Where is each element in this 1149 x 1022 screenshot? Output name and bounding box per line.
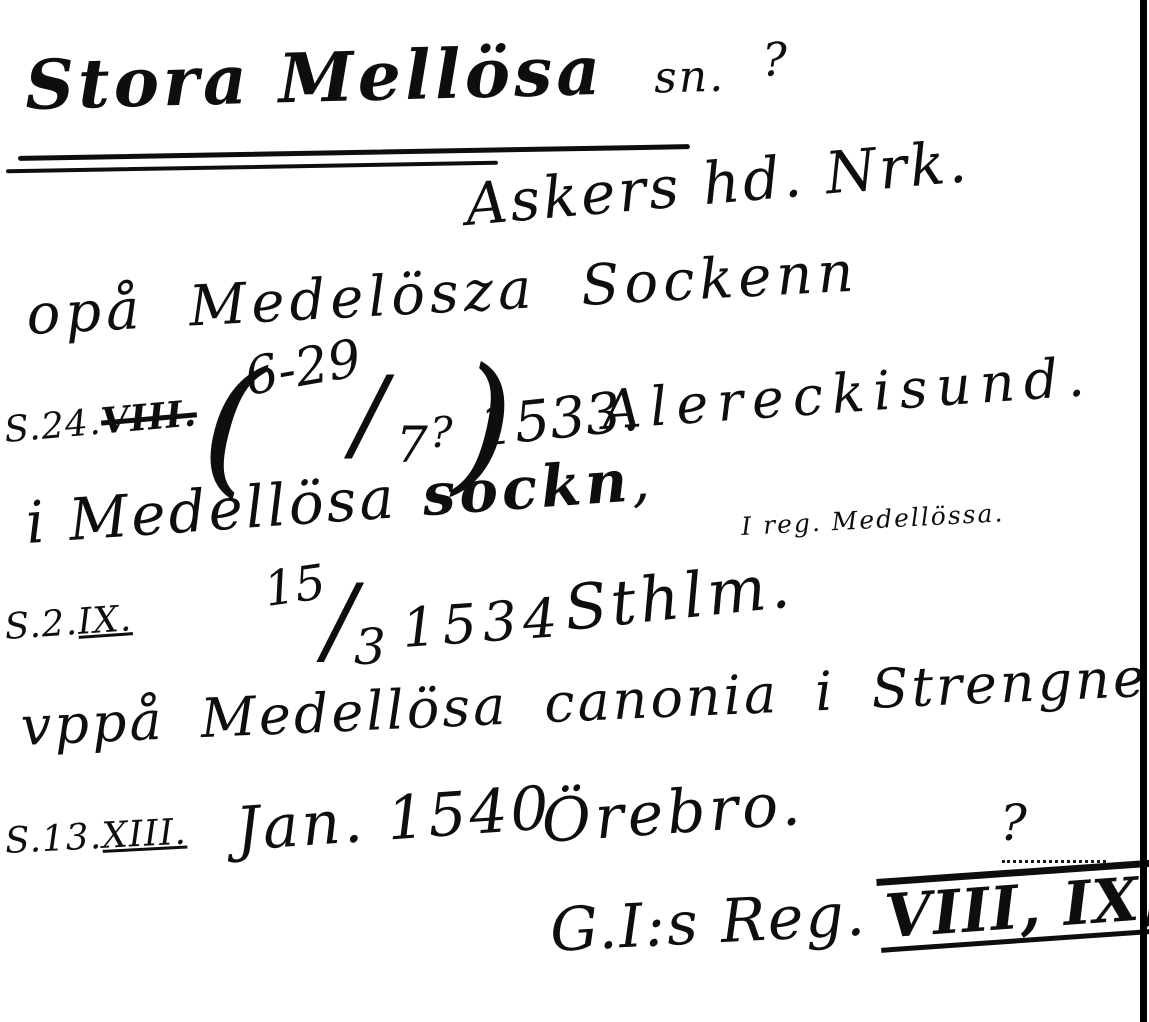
entry1-page-ref: S.24. [3,402,103,451]
parish-suffix: sn. [653,51,725,104]
entry3-page-ref: S.13. [4,816,103,862]
entry3-question-mark: ? [1000,798,1027,848]
question-dotted-line [1002,860,1106,863]
entry1-question-mark: ? [430,412,453,454]
entry3-volume-ref: XIII. [101,812,188,857]
entry3-date: Jan. 1540 [234,778,554,860]
entry2-page-ref: S.2. [3,602,79,648]
entry3-margin-reference: S.13.XIII. [4,815,187,860]
entry2-place: Sthlm. [562,554,797,640]
handwritten-index-card: Stora Mellösa sn. ? Askers hd. Nrk. opå … [0,0,1149,1022]
entry3-heading: vppå Medellösa canonia i Strengnes. [20,649,1149,754]
entry1-place: Alereckisund. [600,350,1095,438]
source-reference-line: G.I:s Reg.VIII, IX, XIII. [548,850,1149,966]
entry2-text-line: i Medellösasockn, [24,450,654,552]
entry1-margin-reference: S.24.VIII. [3,395,199,449]
entry3-place: Örebro. [540,774,806,852]
entry2-register-annotation: I reg. Medellössa. [741,500,1005,539]
title-underline-1 [18,144,690,161]
entry2-month: 3 [354,622,386,672]
entry2-text-emphasis: sockn [420,447,633,529]
parish-title: Stora Mellösa [24,31,605,126]
card-edge-line [1140,0,1147,1022]
entry2-year: 1534 [400,591,565,656]
title-line: Stora Mellösa sn. ? [24,32,792,120]
title-underline-2 [6,161,498,174]
entry2-volume-ref: IX. [76,598,133,643]
entry2-day: 15 [261,558,328,614]
entry2-date-slash: / [324,572,356,668]
entry2-margin-reference: S.2.IX. [3,601,133,646]
entry2-text-comma: , [629,445,655,514]
title-question-mark: ? [762,32,792,87]
source-name: G.I:s Reg. [548,880,868,966]
entry2-text-before: i Medellösa [24,463,399,557]
entry1-date-slash: / [352,364,386,466]
entry1-heading: opå Medelösza Sockenn [25,244,860,344]
entry1-volume-ref-struck: VIII. [99,392,198,442]
